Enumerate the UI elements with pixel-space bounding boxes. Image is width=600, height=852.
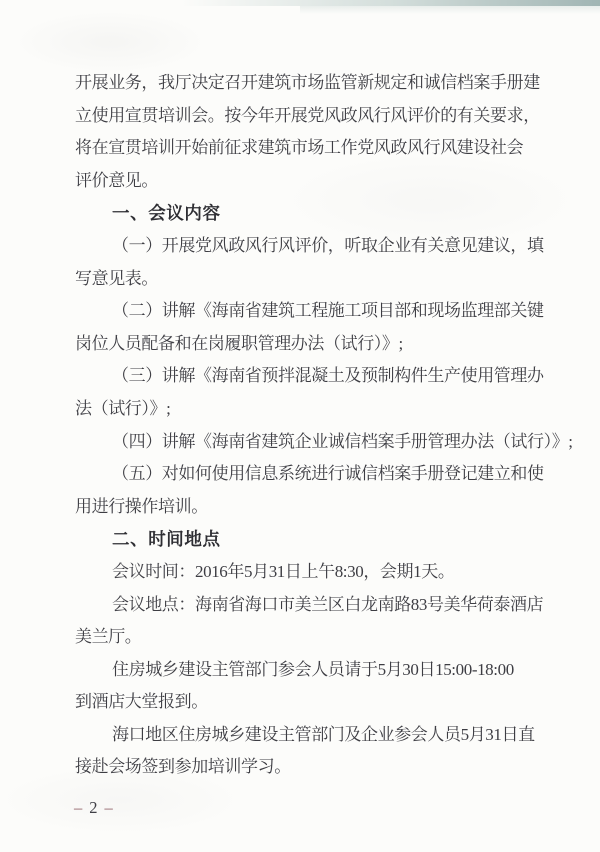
section2-haikou-line-2: 接赴会场签到参加培训学习。: [75, 751, 549, 784]
document-page: 开展业务，我厅决定召开建筑市场监管新规定和诚信档案手册建 立使用宣贯培训会。按今…: [0, 0, 600, 852]
section2-haikou-line-1: 海口地区住房城乡建设主管部门及企业参会人员5月31日直: [75, 719, 549, 752]
scan-artifact-top-fade: [300, 6, 600, 14]
section1-item3-line-2: 法（试行）》;: [75, 393, 549, 426]
page-number-value: 2: [89, 798, 97, 817]
section1-item3-line-1: （三）讲解《海南省预拌混凝土及预制构件生产使用管理办: [75, 360, 549, 393]
intro-line-2: 立使用宣贯培训会。按今年开展党风政风行风评价的有关要求，: [75, 100, 549, 133]
section1-item5-line-2: 用进行操作培训。: [75, 491, 549, 524]
section1-item2-line-1: （二）讲解《海南省建筑工程施工项目部和现场监理部关键: [75, 295, 549, 328]
section1-item5-line-1: （五）对如何使用信息系统进行诚信档案手册登记建立和使: [75, 458, 549, 491]
intro-line-3: 将在宣贯培训开始前征求建筑市场工作党风政风行风建设社会: [75, 132, 549, 165]
intro-line-1: 开展业务，我厅决定召开建筑市场监管新规定和诚信档案手册建: [75, 67, 549, 100]
section2-place-line-2: 美兰厅。: [75, 621, 549, 654]
section1-item1-line-2: 写意见表。: [75, 263, 549, 296]
page-number-right-dash: –: [105, 798, 113, 817]
section1-item2-line-2: 岗位人员配备和在岗履职管理办法（试行）》;: [75, 328, 549, 361]
page-number-left-dash: –: [74, 798, 82, 817]
page-number: –2–: [74, 796, 113, 820]
section1-item4-line-1: （四）讲解《海南省建筑企业诚信档案手册管理办法（试行）》;: [75, 426, 549, 459]
section1-heading: 一、会议内容: [75, 197, 549, 230]
section2-time-line: 会议时间：2016年5月31日上午8:30，会期1天。: [75, 556, 549, 589]
section2-place-line-1: 会议地点：海南省海口市美兰区白龙南路83号美华荷泰酒店: [75, 589, 549, 622]
section2-registration-line-1: 住房城乡建设主管部门参会人员请于5月30日15:00-18:00: [75, 654, 549, 687]
document-body: 开展业务，我厅决定召开建筑市场监管新规定和诚信档案手册建 立使用宣贯培训会。按今…: [75, 67, 549, 784]
intro-line-4: 评价意见。: [75, 165, 549, 198]
section1-item1-line-1: （一）开展党风政风行风评价，听取企业有关意见建议，填: [75, 230, 549, 263]
section2-registration-line-2: 到酒店大堂报到。: [75, 686, 549, 719]
section2-heading: 二、时间地点: [75, 523, 549, 556]
